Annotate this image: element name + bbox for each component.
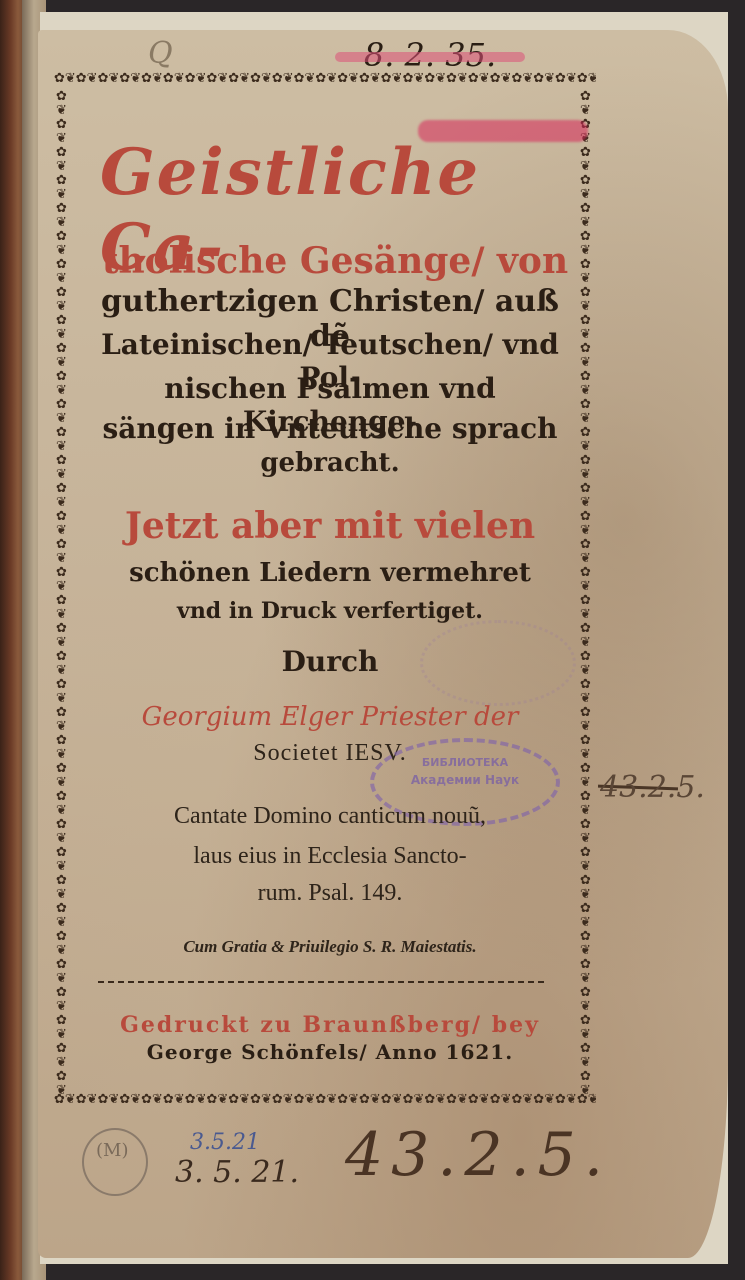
title-line-6: sängen in Vnteutsche sprach (90, 412, 570, 445)
bottom-shelfmark: 43.2.5. (345, 1120, 611, 1190)
blue-pencil-note: 3.5.21 (190, 1130, 260, 1155)
faded-stamp (420, 620, 576, 706)
privilege-line: Cum Gratia & Priuilegio S. R. Maiestatis… (90, 937, 570, 957)
title-line-2: tholische Gesänge/ von (95, 240, 575, 282)
stamp-line-1: БИБЛИОТЕКА (374, 756, 556, 769)
subtitle-line-2: schönen Liedern vermehret (90, 558, 570, 588)
motto-line-2: laus eius in Ecclesia Sancto- (90, 843, 570, 870)
circle-mark (82, 1128, 148, 1196)
imprint-line-1: Gedruckt zu Braunßberg/ bey (90, 1012, 570, 1038)
ornamental-border-bottom: ✿❦✿❦✿❦✿❦✿❦✿❦✿❦✿❦✿❦✿❦✿❦✿❦✿❦✿❦✿❦✿❦✿❦✿❦✿❦✿❦… (54, 1093, 596, 1109)
circle-mark-text: (M) (96, 1140, 128, 1161)
divider-rule (98, 981, 544, 983)
ink-date-note: 3. 5. 21. (175, 1155, 299, 1190)
author-line-1: Georgium Elger Priester der (90, 702, 570, 732)
strike-mark-top (335, 52, 525, 62)
stamp-line-2: Академии Наук (374, 773, 556, 787)
imprint-line-2: George Schönfels/ Anno 1621. (90, 1040, 570, 1064)
ornamental-border-left: ✿❦✿❦✿❦✿❦✿❦✿❦✿❦✿❦✿❦✿❦✿❦✿❦✿❦✿❦✿❦✿❦✿❦✿❦✿❦✿❦… (56, 90, 70, 1095)
pencil-mark: Q (148, 36, 173, 71)
motto-line-3: rum. Psal. 149. (90, 880, 570, 907)
title-line-7: gebracht. (90, 448, 570, 478)
motto-line-1: Cantate Domino canticum nouũ, (90, 803, 570, 830)
subtitle-line-1: Jetzt aber mit vielen (90, 505, 570, 547)
margin-shelfmark: 43.2.5. (600, 770, 705, 805)
ornamental-border-right: ✿❦✿❦✿❦✿❦✿❦✿❦✿❦✿❦✿❦✿❦✿❦✿❦✿❦✿❦✿❦✿❦✿❦✿❦✿❦✿❦… (580, 90, 594, 1095)
ornamental-border-top: ✿❦✿❦✿❦✿❦✿❦✿❦✿❦✿❦✿❦✿❦✿❦✿❦✿❦✿❦✿❦✿❦✿❦✿❦✿❦✿❦… (54, 72, 596, 88)
